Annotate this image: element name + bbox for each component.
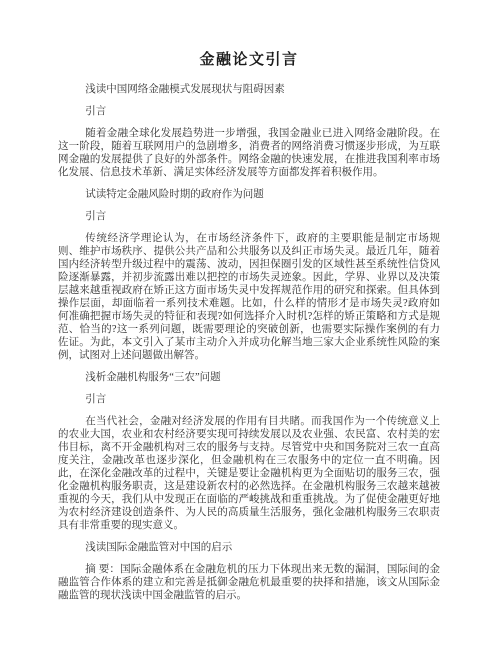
paragraph: 随着金融全球化发展趋势进一步增强，我国金融业已进入网络金融阶段。在这一阶段，随着… <box>58 127 440 179</box>
document-page: 金融论文引言 浅读中国网络金融模式发展现状与阻碍因素 引言 随着金融全球化发展趋… <box>0 0 500 647</box>
section-sannong-service: 浅析金融机构服务“三农”问题 引言 在当代社会，金融对经济发展的作用有目共睹。而… <box>58 371 440 532</box>
section-heading: 浅析金融机构服务“三农”问题 <box>58 371 440 384</box>
document-title: 金融论文引言 <box>58 50 440 70</box>
section-heading: 浅读中国网络金融模式发展现状与阻碍因素 <box>58 83 440 96</box>
intro-label: 引言 <box>58 393 440 406</box>
paragraph: 传统经济学理论认为，在市场经济条件下，政府的主要职能是制定市场规则、维护市场秩序… <box>58 232 440 362</box>
paragraph: 摘 要：国际金融体系在金融危机的压力下体现出来无数的漏洞，国际间的金融监管合作体… <box>58 563 440 602</box>
section-heading: 试读特定金融风险时期的政府作为问题 <box>58 188 440 201</box>
section-international-regulation: 浅读国际金融监管对中国的启示 摘 要：国际金融体系在金融危机的压力下体现出来无数… <box>58 541 440 602</box>
intro-label: 引言 <box>58 210 440 223</box>
intro-label: 引言 <box>58 105 440 118</box>
section-government-role: 试读特定金融风险时期的政府作为问题 引言 传统经济学理论认为，在市场经济条件下，… <box>58 188 440 362</box>
section-network-finance: 浅读中国网络金融模式发展现状与阻碍因素 引言 随着金融全球化发展趋势进一步增强，… <box>58 83 440 179</box>
section-heading: 浅读国际金融监管对中国的启示 <box>58 541 440 554</box>
paragraph: 在当代社会，金融对经济发展的作用有目共睹。而我国作为一个传统意义上的农业大国，农… <box>58 415 440 532</box>
